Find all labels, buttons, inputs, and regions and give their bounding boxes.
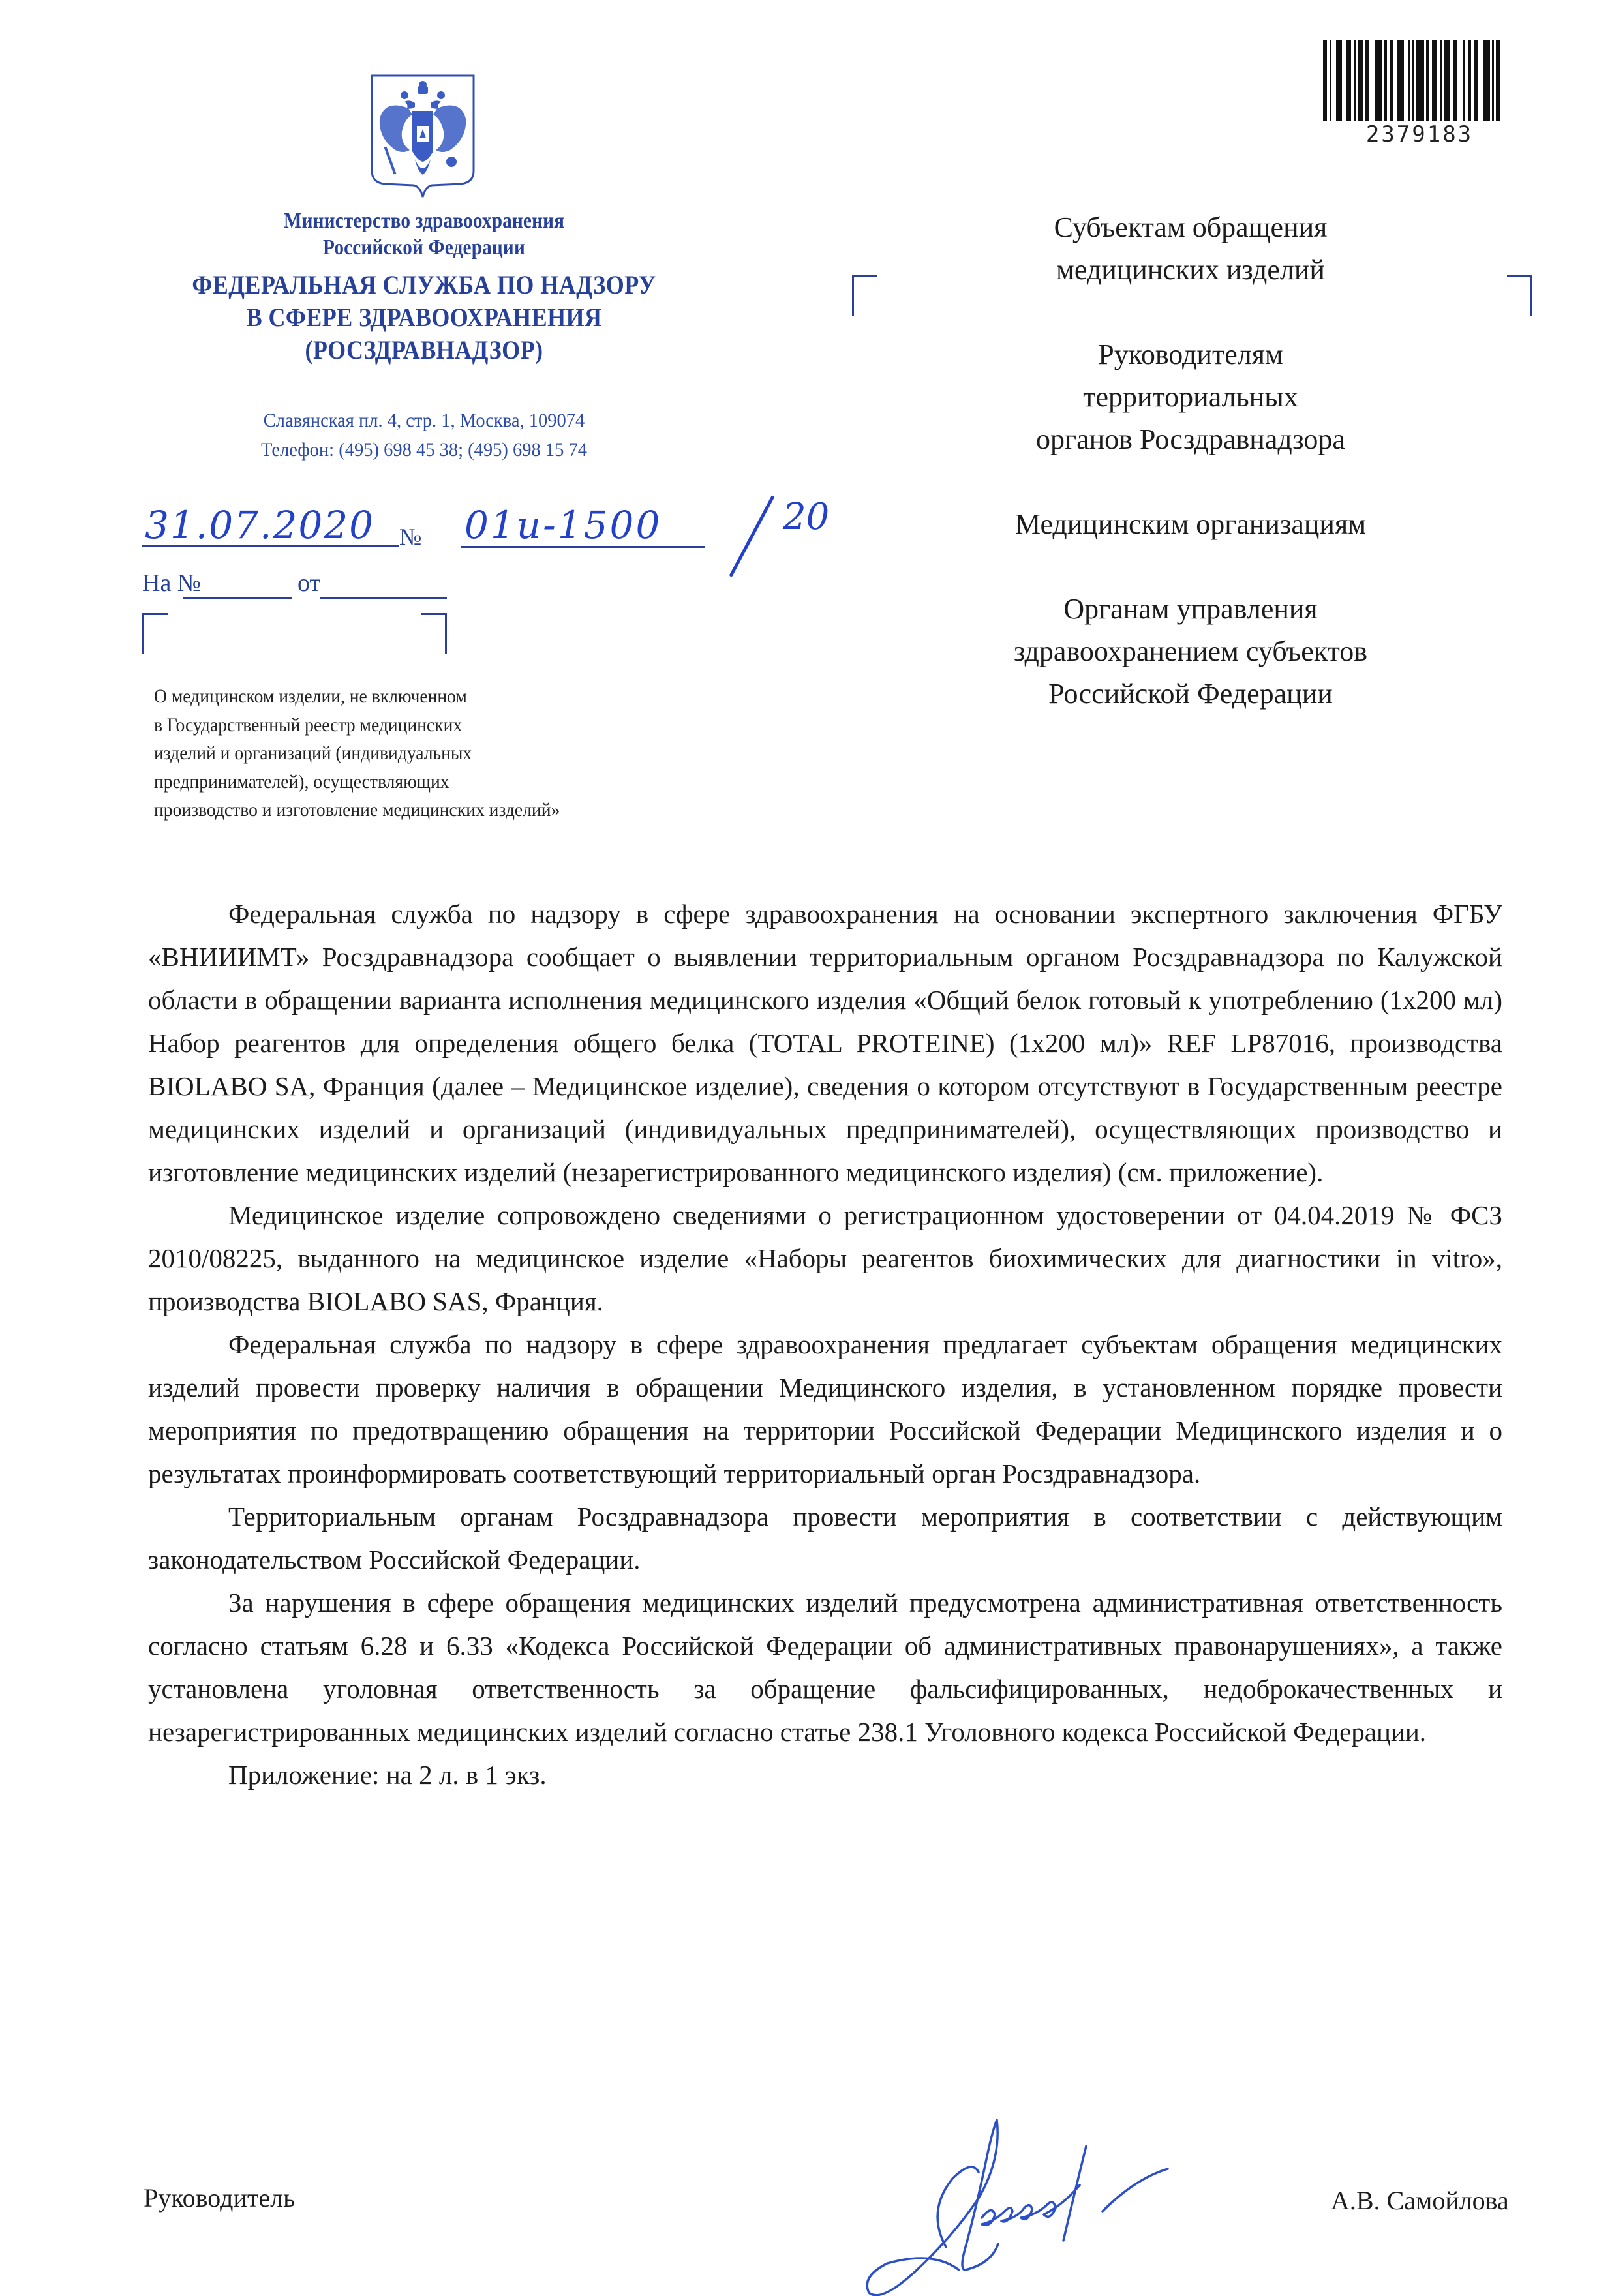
number-sign: № bbox=[399, 523, 421, 551]
date-underline bbox=[142, 545, 399, 547]
addressee-group: Субъектам обращения медицинских изделий bbox=[900, 206, 1481, 291]
service-line-2: В СФЕРЕ ЗДРАВООХРАНЕНИЯ bbox=[160, 301, 688, 334]
letterhead-phone: Телефон: (495) 698 45 38; (495) 698 15 7… bbox=[145, 435, 703, 464]
subject-line: производство и изготовление медицинских … bbox=[154, 796, 670, 824]
letter-subject: О медицинском изделии, не включенном в Г… bbox=[154, 682, 670, 824]
addressee-line: Руководителям bbox=[900, 333, 1481, 376]
addressee-line: Медицинским организациям bbox=[900, 503, 1481, 545]
addressee-line: здравоохранением субъектов bbox=[900, 630, 1481, 672]
letterhead-contacts: Славянская пл. 4, стр. 1, Москва, 109074… bbox=[130, 406, 718, 464]
body-paragraph: Медицинское изделие сопровождено сведени… bbox=[148, 1194, 1502, 1323]
registration-number-suffix: 20 bbox=[783, 494, 829, 540]
addressee-line: Субъектам обращения bbox=[900, 206, 1481, 249]
letterhead-ministry: Министерство здравоохранения Российской … bbox=[130, 207, 718, 261]
addressee-line: медицинских изделий bbox=[900, 249, 1481, 291]
addressee-group: Медицинским организациям bbox=[900, 503, 1481, 545]
subject-bracket-left bbox=[142, 613, 168, 654]
body-paragraph: За нарушения в сфере обращения медицинск… bbox=[148, 1581, 1502, 1753]
body-paragraph: Территориальным органам Росздравнадзора … bbox=[148, 1495, 1502, 1581]
subject-line: изделий и организаций (индивидуальных bbox=[154, 739, 670, 768]
addressee-group: Руководителям территориальных органов Ро… bbox=[900, 333, 1481, 461]
subject-line: в Государственный реестр медицинских bbox=[154, 711, 670, 740]
coat-of-arms-icon bbox=[369, 73, 476, 200]
reply-from-label: от bbox=[297, 569, 320, 597]
letterhead-address: Славянская пл. 4, стр. 1, Москва, 109074 bbox=[145, 406, 703, 435]
addressee-block: Субъектам обращения медицинских изделий … bbox=[900, 206, 1481, 757]
registration-number: 01и-1500 bbox=[464, 502, 662, 548]
reply-from-field bbox=[320, 597, 447, 599]
addressee-bracket-left bbox=[852, 275, 877, 316]
number-underline bbox=[461, 546, 705, 548]
signatory-name: А.В. Самойлова bbox=[1331, 2185, 1494, 2216]
addressee-bracket-right bbox=[1507, 275, 1532, 316]
number-slash bbox=[729, 495, 774, 577]
registration-date: 31.07.2020 bbox=[145, 502, 399, 548]
attachment-note: Приложение: на 2 л. в 1 экз. bbox=[148, 1753, 1502, 1796]
addressee-line: Органам управления bbox=[900, 588, 1481, 630]
service-line-1: ФЕДЕРАЛЬНАЯ СЛУЖБА ПО НАДЗОРУ bbox=[160, 269, 688, 301]
reply-to-field bbox=[183, 597, 292, 599]
letterhead-service: ФЕДЕРАЛЬНАЯ СЛУЖБА ПО НАДЗОРУ В СФЕРЕ ЗД… bbox=[130, 269, 718, 367]
subject-line: предпринимателей), осуществляющих bbox=[154, 768, 670, 796]
addressee-line: территориальных bbox=[900, 376, 1481, 418]
subject-line: О медицинском изделии, не включенном bbox=[154, 682, 670, 711]
body-paragraph: Федеральная служба по надзору в сфере зд… bbox=[148, 1323, 1502, 1495]
letter-body: Федеральная служба по надзору в сфере зд… bbox=[148, 892, 1502, 1796]
reply-to-label: На № bbox=[142, 569, 201, 597]
barcode-number: 2379183 bbox=[1323, 121, 1516, 147]
addressee-group: Органам управления здравоохранением субъ… bbox=[900, 588, 1481, 715]
subject-bracket-right bbox=[421, 613, 447, 654]
ministry-line-1: Министерство здравоохранения bbox=[172, 207, 677, 234]
handwritten-signature-icon bbox=[861, 2107, 1226, 2296]
body-paragraph: Федеральная служба по надзору в сфере зд… bbox=[148, 892, 1502, 1194]
barcode-icon bbox=[1323, 40, 1516, 121]
ministry-line-2: Российской Федерации bbox=[172, 234, 677, 261]
addressee-line: Российской Федерации bbox=[900, 672, 1481, 715]
service-line-3: (РОСЗДРАВНАДЗОР) bbox=[160, 334, 688, 367]
signatory-role: Руководитель bbox=[144, 2183, 295, 2213]
addressee-line: органов Росздравнадзора bbox=[900, 418, 1481, 461]
